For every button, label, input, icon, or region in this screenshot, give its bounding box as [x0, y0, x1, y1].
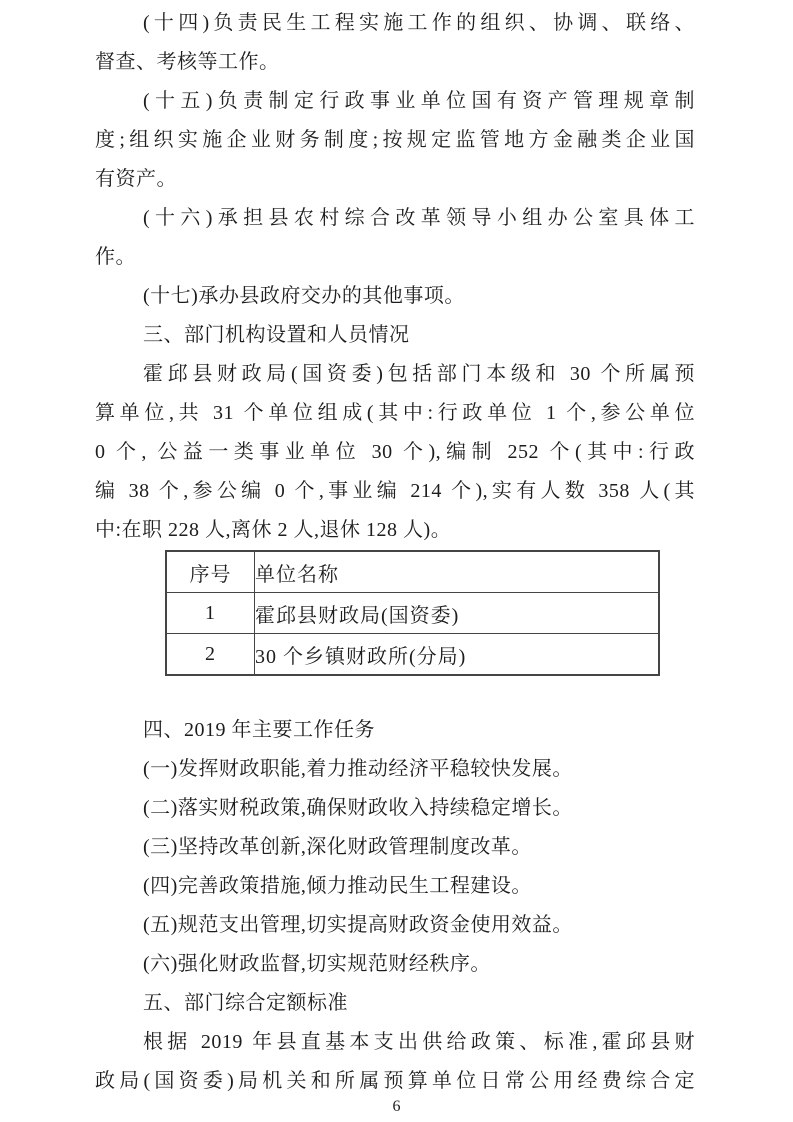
body-line: 督查、考核等工作。 [95, 43, 695, 82]
table-cell-unit-name: 30 个乡镇财政所(分局) [255, 634, 660, 676]
table-row: 2 30 个乡镇财政所(分局) [166, 634, 659, 676]
task-item-line: (二)落实财税政策,确保财政收入持续稳定增长。 [95, 789, 695, 828]
task-item-line: (五)规范支出管理,切实提高财政资金使用效益。 [95, 906, 695, 945]
table-cell-unit-name: 霍邱县财政局(国资委) [255, 593, 660, 634]
body-line: 算单位,共 31 个单位组成(其中:行政单位 1 个,参公单位 [95, 394, 695, 433]
document-body: (十四)负责民生工程实施工作的组织、协调、联络、 督查、考核等工作。 (十五)负… [95, 4, 695, 1101]
section-heading-4: 四、2019 年主要工作任务 [95, 711, 695, 750]
table-header-seq: 序号 [166, 551, 255, 593]
table-header-row: 序号 单位名称 [166, 551, 659, 593]
body-line: 度;组织实施企业财务制度;按规定监管地方金融类企业国 [95, 121, 695, 160]
body-line: 霍邱县财政局(国资委)包括部门本级和 30 个所属预 [95, 355, 695, 394]
document-page: (十四)负责民生工程实施工作的组织、协调、联络、 督查、考核等工作。 (十五)负… [0, 0, 793, 1122]
page-number: 6 [0, 1098, 793, 1116]
body-line: 作。 [95, 238, 695, 277]
body-line: 政局(国资委)局机关和所属预算单位日常公用经费综合定 [95, 1062, 695, 1101]
body-line: (十四)负责民生工程实施工作的组织、协调、联络、 [95, 4, 695, 43]
body-line: (十七)承办县政府交办的其他事项。 [95, 277, 695, 316]
section-heading-5: 五、部门综合定额标准 [95, 984, 695, 1023]
body-line: 编 38 个,参公编 0 个,事业编 214 个),实有人数 358 人(其 [95, 472, 695, 511]
body-line: 0 个, 公益一类事业单位 30 个),编制 252 个(其中:行政 [95, 433, 695, 472]
task-item-line: (一)发挥财政职能,着力推动经济平稳较快发展。 [95, 750, 695, 789]
table-cell-seq: 2 [166, 634, 255, 676]
task-item-line: (四)完善政策措施,倾力推动民生工程建设。 [95, 867, 695, 906]
body-line: 有资产。 [95, 160, 695, 199]
body-line: (十六)承担县农村综合改革领导小组办公室具体工 [95, 199, 695, 238]
table-header-unit-name: 单位名称 [255, 551, 660, 593]
body-line: 根据 2019 年县直基本支出供给政策、标准,霍邱县财 [95, 1023, 695, 1062]
section-heading-3: 三、部门机构设置和人员情况 [95, 316, 695, 355]
table-row: 1 霍邱县财政局(国资委) [166, 593, 659, 634]
task-item-line: (三)坚持改革创新,深化财政管理制度改革。 [95, 828, 695, 867]
org-units-table: 序号 单位名称 1 霍邱县财政局(国资委) 2 30 个乡镇财政所(分局) [165, 550, 660, 676]
body-line: (十五)负责制定行政事业单位国有资产管理规章制 [95, 82, 695, 121]
body-line: 中:在职 228 人,离休 2 人,退休 128 人)。 [95, 511, 695, 550]
task-item-line: (六)强化财政监督,切实规范财经秩序。 [95, 945, 695, 984]
table-cell-seq: 1 [166, 593, 255, 634]
